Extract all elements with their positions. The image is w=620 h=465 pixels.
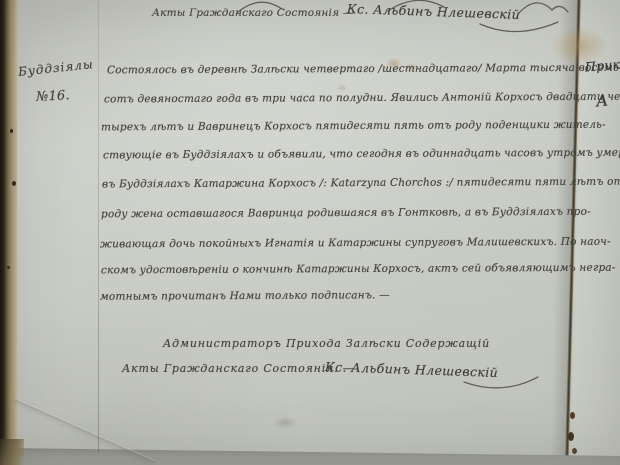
binding-speck (12, 181, 16, 186)
record-line: роду жена оставшагося Вавринца родившаяс… (101, 207, 591, 220)
closing-line-1: Администраторъ Прихода Залѣски Содержащі… (163, 338, 490, 349)
book-binding-edge (0, 0, 18, 465)
gutter-speck (570, 412, 575, 419)
record-line: ствующіе въ Буддзіялахъ и объявили, что … (103, 148, 620, 161)
record-line: скомъ удостовѣреніи о кончинѣ Катаржины … (101, 263, 616, 276)
next-page-letter-fragment: А (595, 92, 609, 109)
manuscript-photo: Акты Гражданскаго Состоянія — Кс. Альбин… (0, 0, 620, 465)
binding-speck (10, 129, 13, 133)
record-line: мотнымъ прочитанъ Нами только подписанъ.… (100, 290, 390, 302)
header-acts-line: Акты Гражданскаго Состоянія — (152, 8, 353, 19)
record-line: тырехъ лѣтъ и Вавринецъ Корхосъ пятидеся… (101, 120, 606, 133)
gutter-speck (568, 432, 574, 441)
margin-act-number: №16. (36, 89, 70, 104)
gutter-speck (572, 448, 577, 454)
margin-rule-line (98, 0, 99, 452)
record-line: въ Буддзіялахъ Катаржина Корхосъ /: Kata… (102, 177, 620, 190)
binding-speck (7, 266, 10, 269)
record-line: живающая дочь покойныхъ Игнатія и Катарж… (100, 237, 611, 250)
closing-line-2: Акты Гражданскаго Состоянія. — (122, 363, 355, 374)
record-line: Состоялось въ деревнѣ Залѣски четвертаго… (107, 63, 619, 76)
binding-bottom-corner (0, 439, 24, 465)
smudge-mark (272, 416, 298, 429)
next-page-word-fragment: Прик (585, 58, 620, 74)
record-line: сотъ девяностаго года въ три часа по пол… (104, 92, 620, 105)
